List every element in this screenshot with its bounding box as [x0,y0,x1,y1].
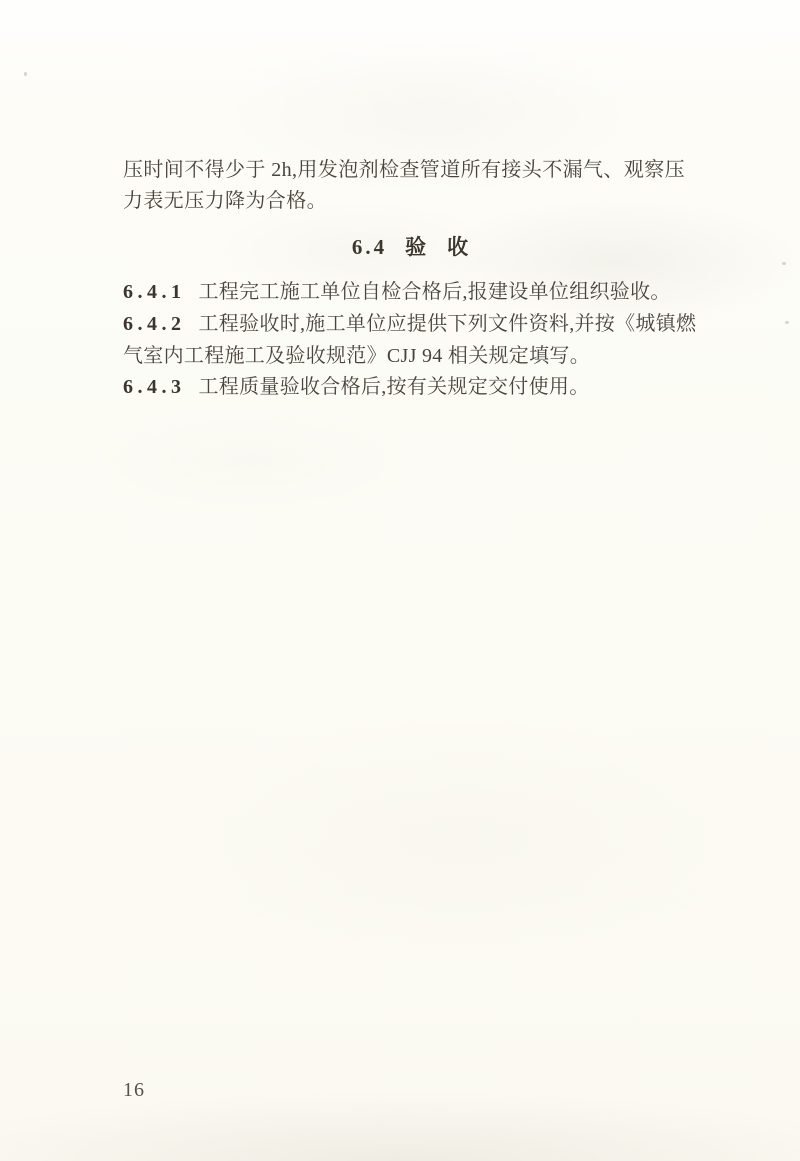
clause-line: 气室内工程施工及验收规范》CJJ 94 相关规定填写。 [123,341,699,373]
clause-text: 工程完工施工单位自检合格后,报建设单位组织验收。 [199,281,671,303]
paragraph-line: 力表无压力降为合格。 [123,186,697,217]
clause-6-4-1: 6.4.1工程完工施工单位自检合格后,报建设单位组织验收。 [123,277,699,309]
section-heading: 6.4验 收 [123,232,697,262]
clause-text: 工程验收时,施工单位应提供下列文件资料,并按《城镇燃 [199,313,697,335]
clause-number: 6.4.2 [123,313,186,335]
paragraph-line: 压时间不得少于 2h,用发泡剂检查管道所有接头不漏气、观察压 [123,155,697,186]
section-heading-number: 6.4 [352,235,387,259]
scan-speck [785,321,789,324]
scan-speck [782,262,786,265]
continuation-paragraph: 压时间不得少于 2h,用发泡剂检查管道所有接头不漏气、观察压 力表无压力降为合格… [123,155,697,217]
clause-list: 6.4.1工程完工施工单位自检合格后,报建设单位组织验收。 6.4.2工程验收时… [123,277,699,404]
clause-text: 工程质量验收合格后,按有关规定交付使用。 [199,376,590,398]
section-heading-title: 验 收 [405,235,468,259]
clause-number: 6.4.3 [123,376,186,398]
clause-6-4-2: 6.4.2工程验收时,施工单位应提供下列文件资料,并按《城镇燃 气室内工程施工及… [123,309,699,373]
clause-line: 6.4.1工程完工施工单位自检合格后,报建设单位组织验收。 [123,277,699,309]
scanned-document-page: 压时间不得少于 2h,用发泡剂检查管道所有接头不漏气、观察压 力表无压力降为合格… [0,0,800,1161]
clause-number: 6.4.1 [123,281,186,303]
clause-line: 6.4.2工程验收时,施工单位应提供下列文件资料,并按《城镇燃 [123,309,699,341]
scan-speck [24,72,27,76]
page-number: 16 [123,1079,145,1102]
clause-6-4-3: 6.4.3工程质量验收合格后,按有关规定交付使用。 [123,372,699,404]
clause-line: 6.4.3工程质量验收合格后,按有关规定交付使用。 [123,372,699,404]
